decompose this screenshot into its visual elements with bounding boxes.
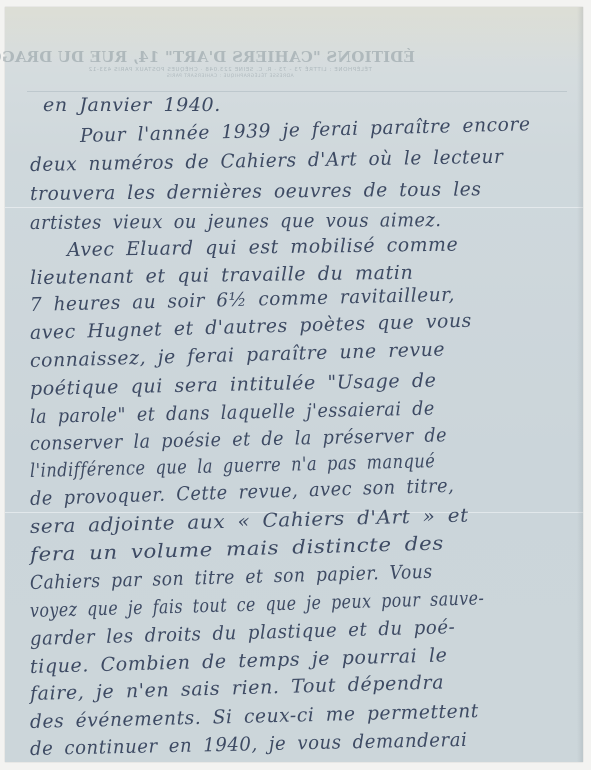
handwritten-line: deux numéros de Cahiers d'Art où le lect… bbox=[30, 146, 504, 176]
letter-page: ÉDITIONS "CAHIERS D'ART" 14, RUE DU DRAG… bbox=[5, 7, 583, 762]
handwritten-line: trouvera les dernières oeuvres de tous l… bbox=[30, 178, 482, 205]
handwritten-line: poétique qui sera intitulée "Usage de bbox=[30, 369, 437, 400]
handwritten-line: Cahiers par son titre et son papier. Vou… bbox=[30, 561, 433, 594]
handwritten-line: fera un volume mais distincte des bbox=[30, 532, 445, 566]
handwritten-line: faire, je n'en sais rien. Tout dépendra bbox=[30, 671, 445, 705]
handwritten-line: connaissez, je ferai paraître une revue bbox=[30, 338, 446, 372]
handwritten-line: lieutenant et qui travaille du matin bbox=[30, 262, 414, 289]
handwritten-line: Pour l'année 1939 je ferai paraître enco… bbox=[80, 113, 531, 147]
handwritten-body: en Janvier 1940. Pour l'année 1939 je fe… bbox=[5, 7, 583, 762]
handwritten-line: des événements. Si ceux-ci me permettent bbox=[30, 700, 479, 733]
handwritten-line: la parole" et dans laquelle j'essaierai … bbox=[30, 398, 435, 428]
handwritten-line: de continuer en 1940, je vous demanderai bbox=[30, 729, 468, 760]
handwritten-line: artistes vieux ou jeunes que vous aimez. bbox=[30, 209, 442, 234]
handwritten-line: Avec Eluard qui est mobilisé comme bbox=[67, 234, 459, 261]
handwritten-line: en Janvier 1940. bbox=[43, 94, 221, 116]
